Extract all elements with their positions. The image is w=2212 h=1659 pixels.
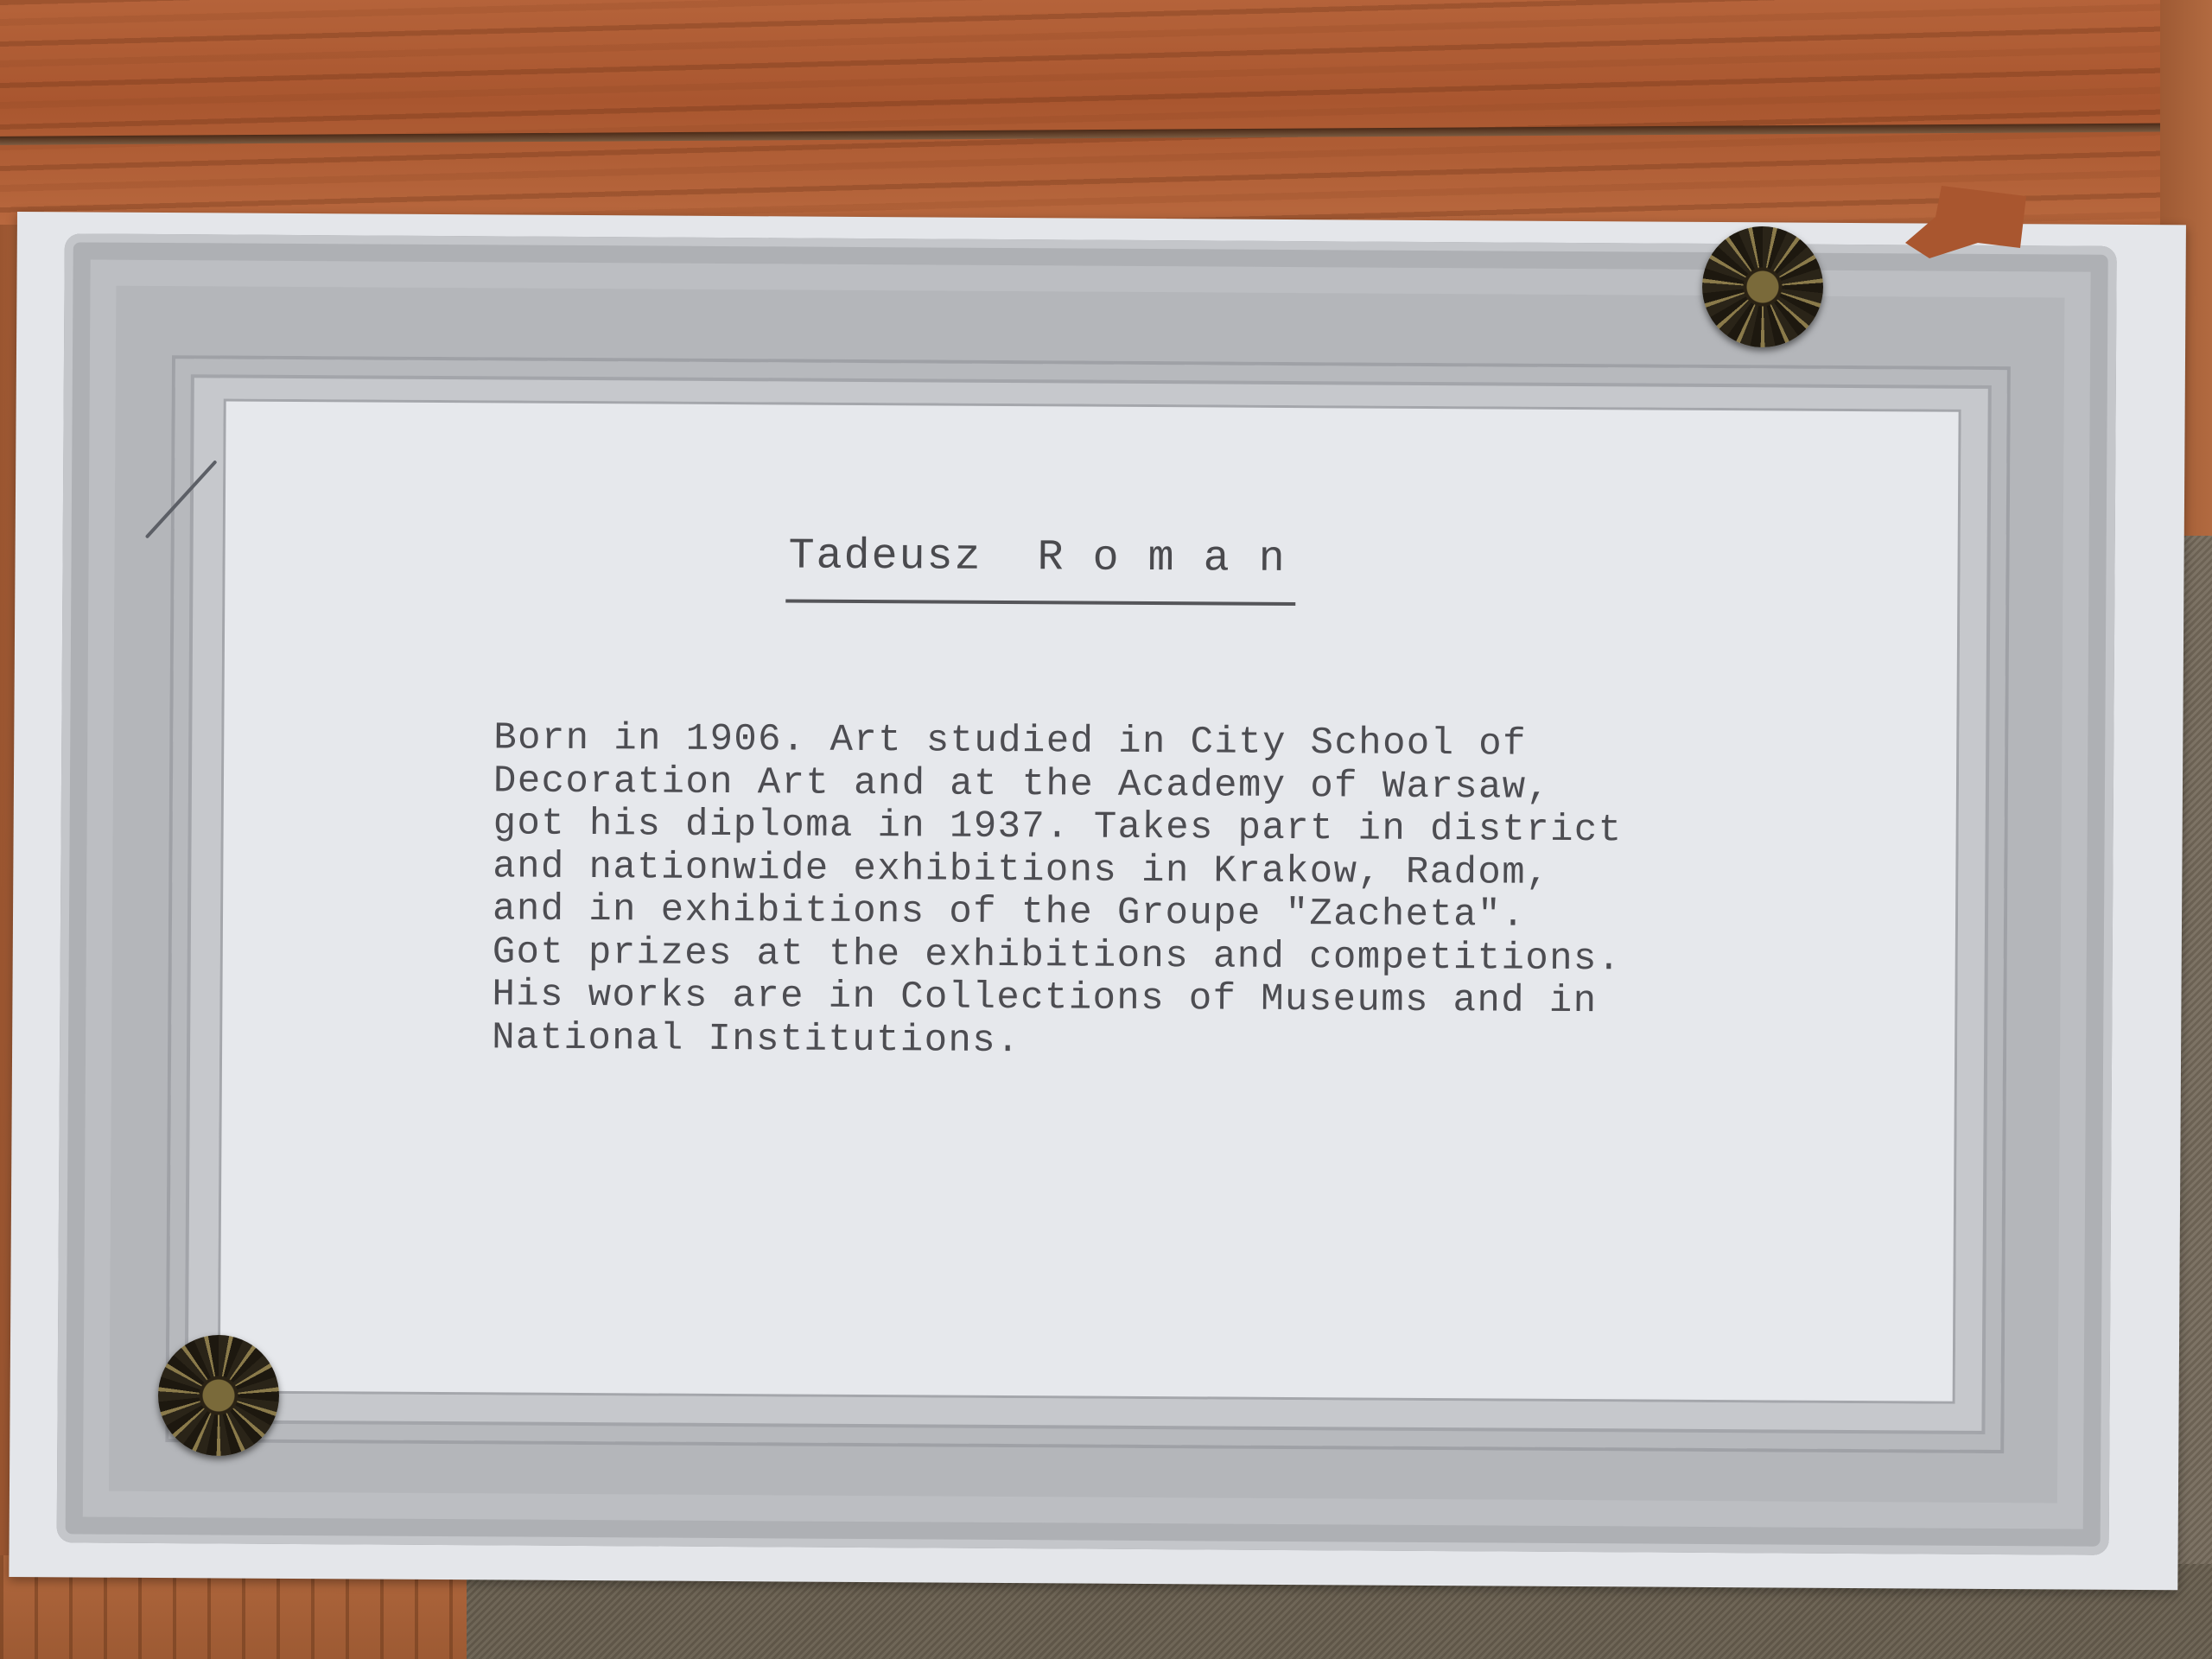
tack-icon [1702,226,1823,347]
tack-icon [158,1335,279,1456]
artist-name-title: Tadeusz R o m a n [788,531,1286,584]
biography-line: got his diploma in 1937. Takes part in d… [493,803,1623,852]
biography-line: Born in 1906. Art studied in City School… [493,717,1623,766]
biography-line: His works are in Collections of Museums … [492,974,1621,1023]
wooden-stretcher-top [0,0,2212,225]
biography-text: Born in 1906. Art studied in City School… [492,717,1623,1066]
biography-line: National Institutions. [492,1017,1621,1066]
biography-line: and in exhibitions of the Groupe "Zachet… [493,888,1622,938]
label-paper: Tadeusz R o m a n Born in 1906. Art stud… [9,212,2186,1590]
